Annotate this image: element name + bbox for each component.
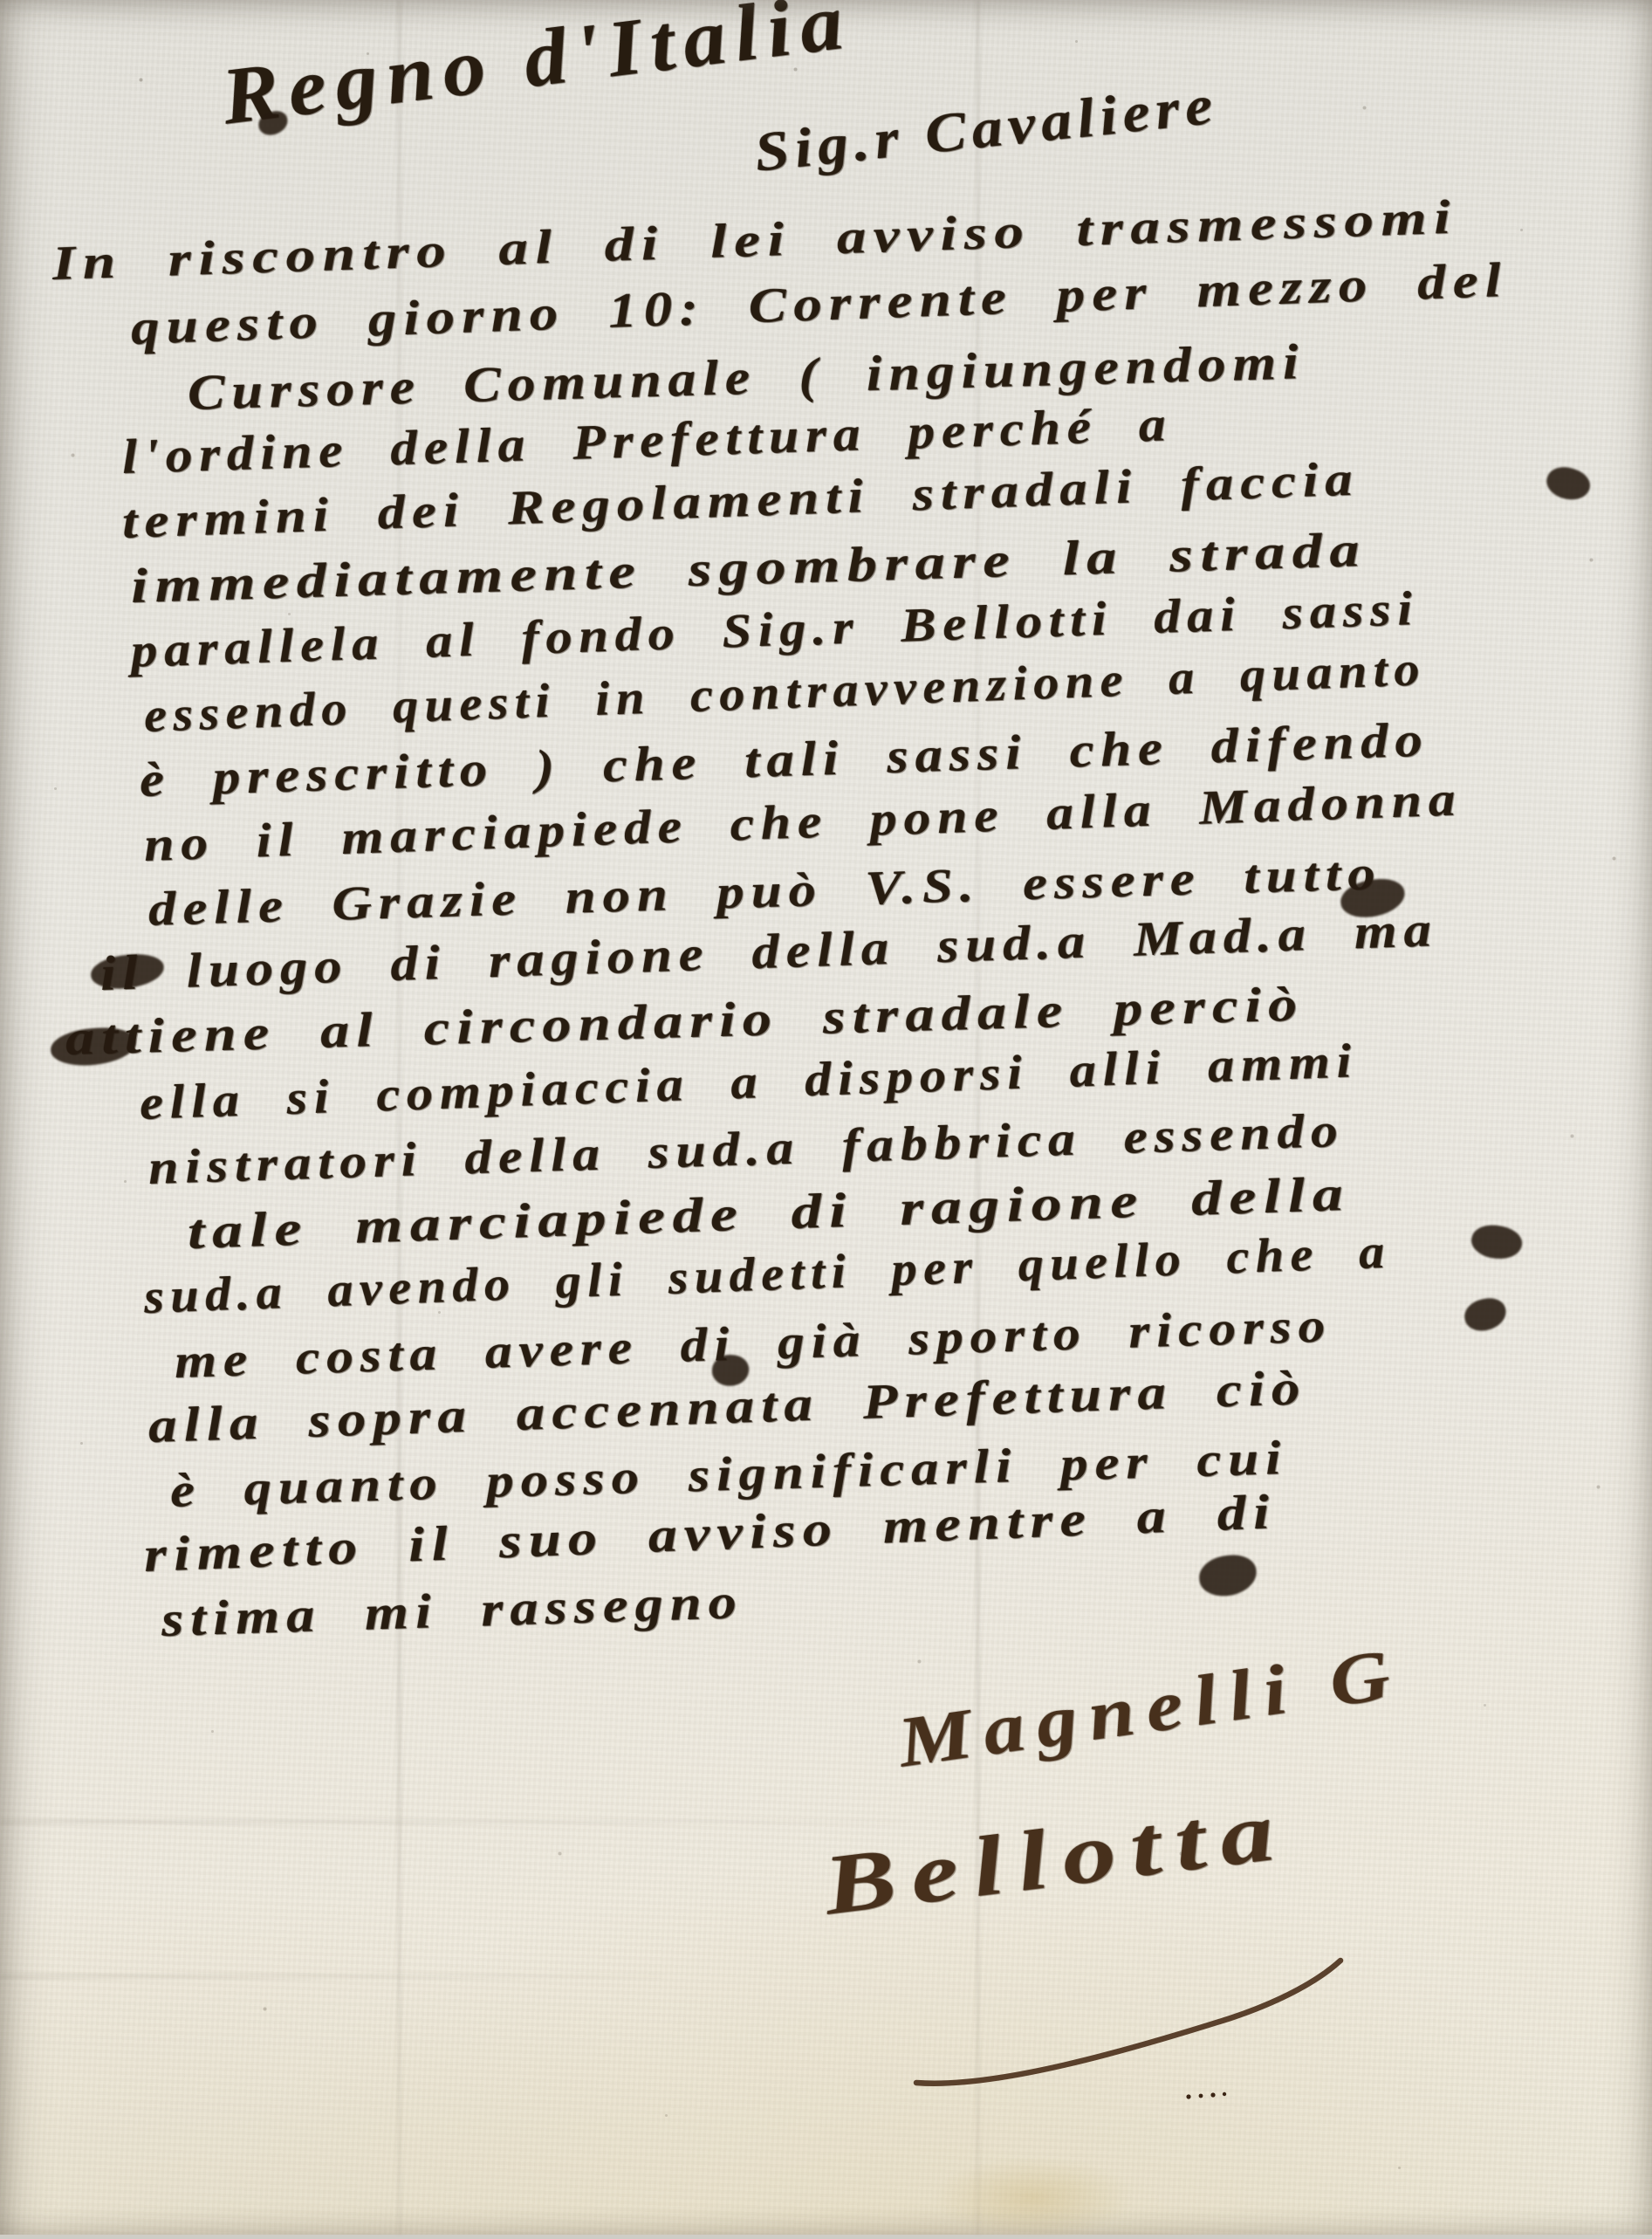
paper-crease-horizontal (0, 1820, 908, 1823)
manuscript-page: Regno d'Italia Sig.r Cavaliere In riscon… (0, 0, 1652, 2235)
ink-blot (1462, 1295, 1509, 1334)
ink-blot (1469, 1220, 1525, 1263)
letter-salutation: Sig.r Cavaliere (751, 72, 1221, 184)
paper-specks (0, 0, 3, 3)
ink-blot (1197, 1553, 1258, 1599)
signature-name-line2: Bellotta (819, 1781, 1293, 1934)
signature-name-line1: Magnelli G (893, 1632, 1406, 1784)
signature-flourish (864, 1938, 1370, 2112)
paper-stain (934, 2156, 1134, 2235)
manuscript-line: stima mi rassegno (161, 1574, 744, 1648)
paper-crease-horizontal (0, 1975, 663, 1978)
ink-blot (1542, 462, 1594, 506)
